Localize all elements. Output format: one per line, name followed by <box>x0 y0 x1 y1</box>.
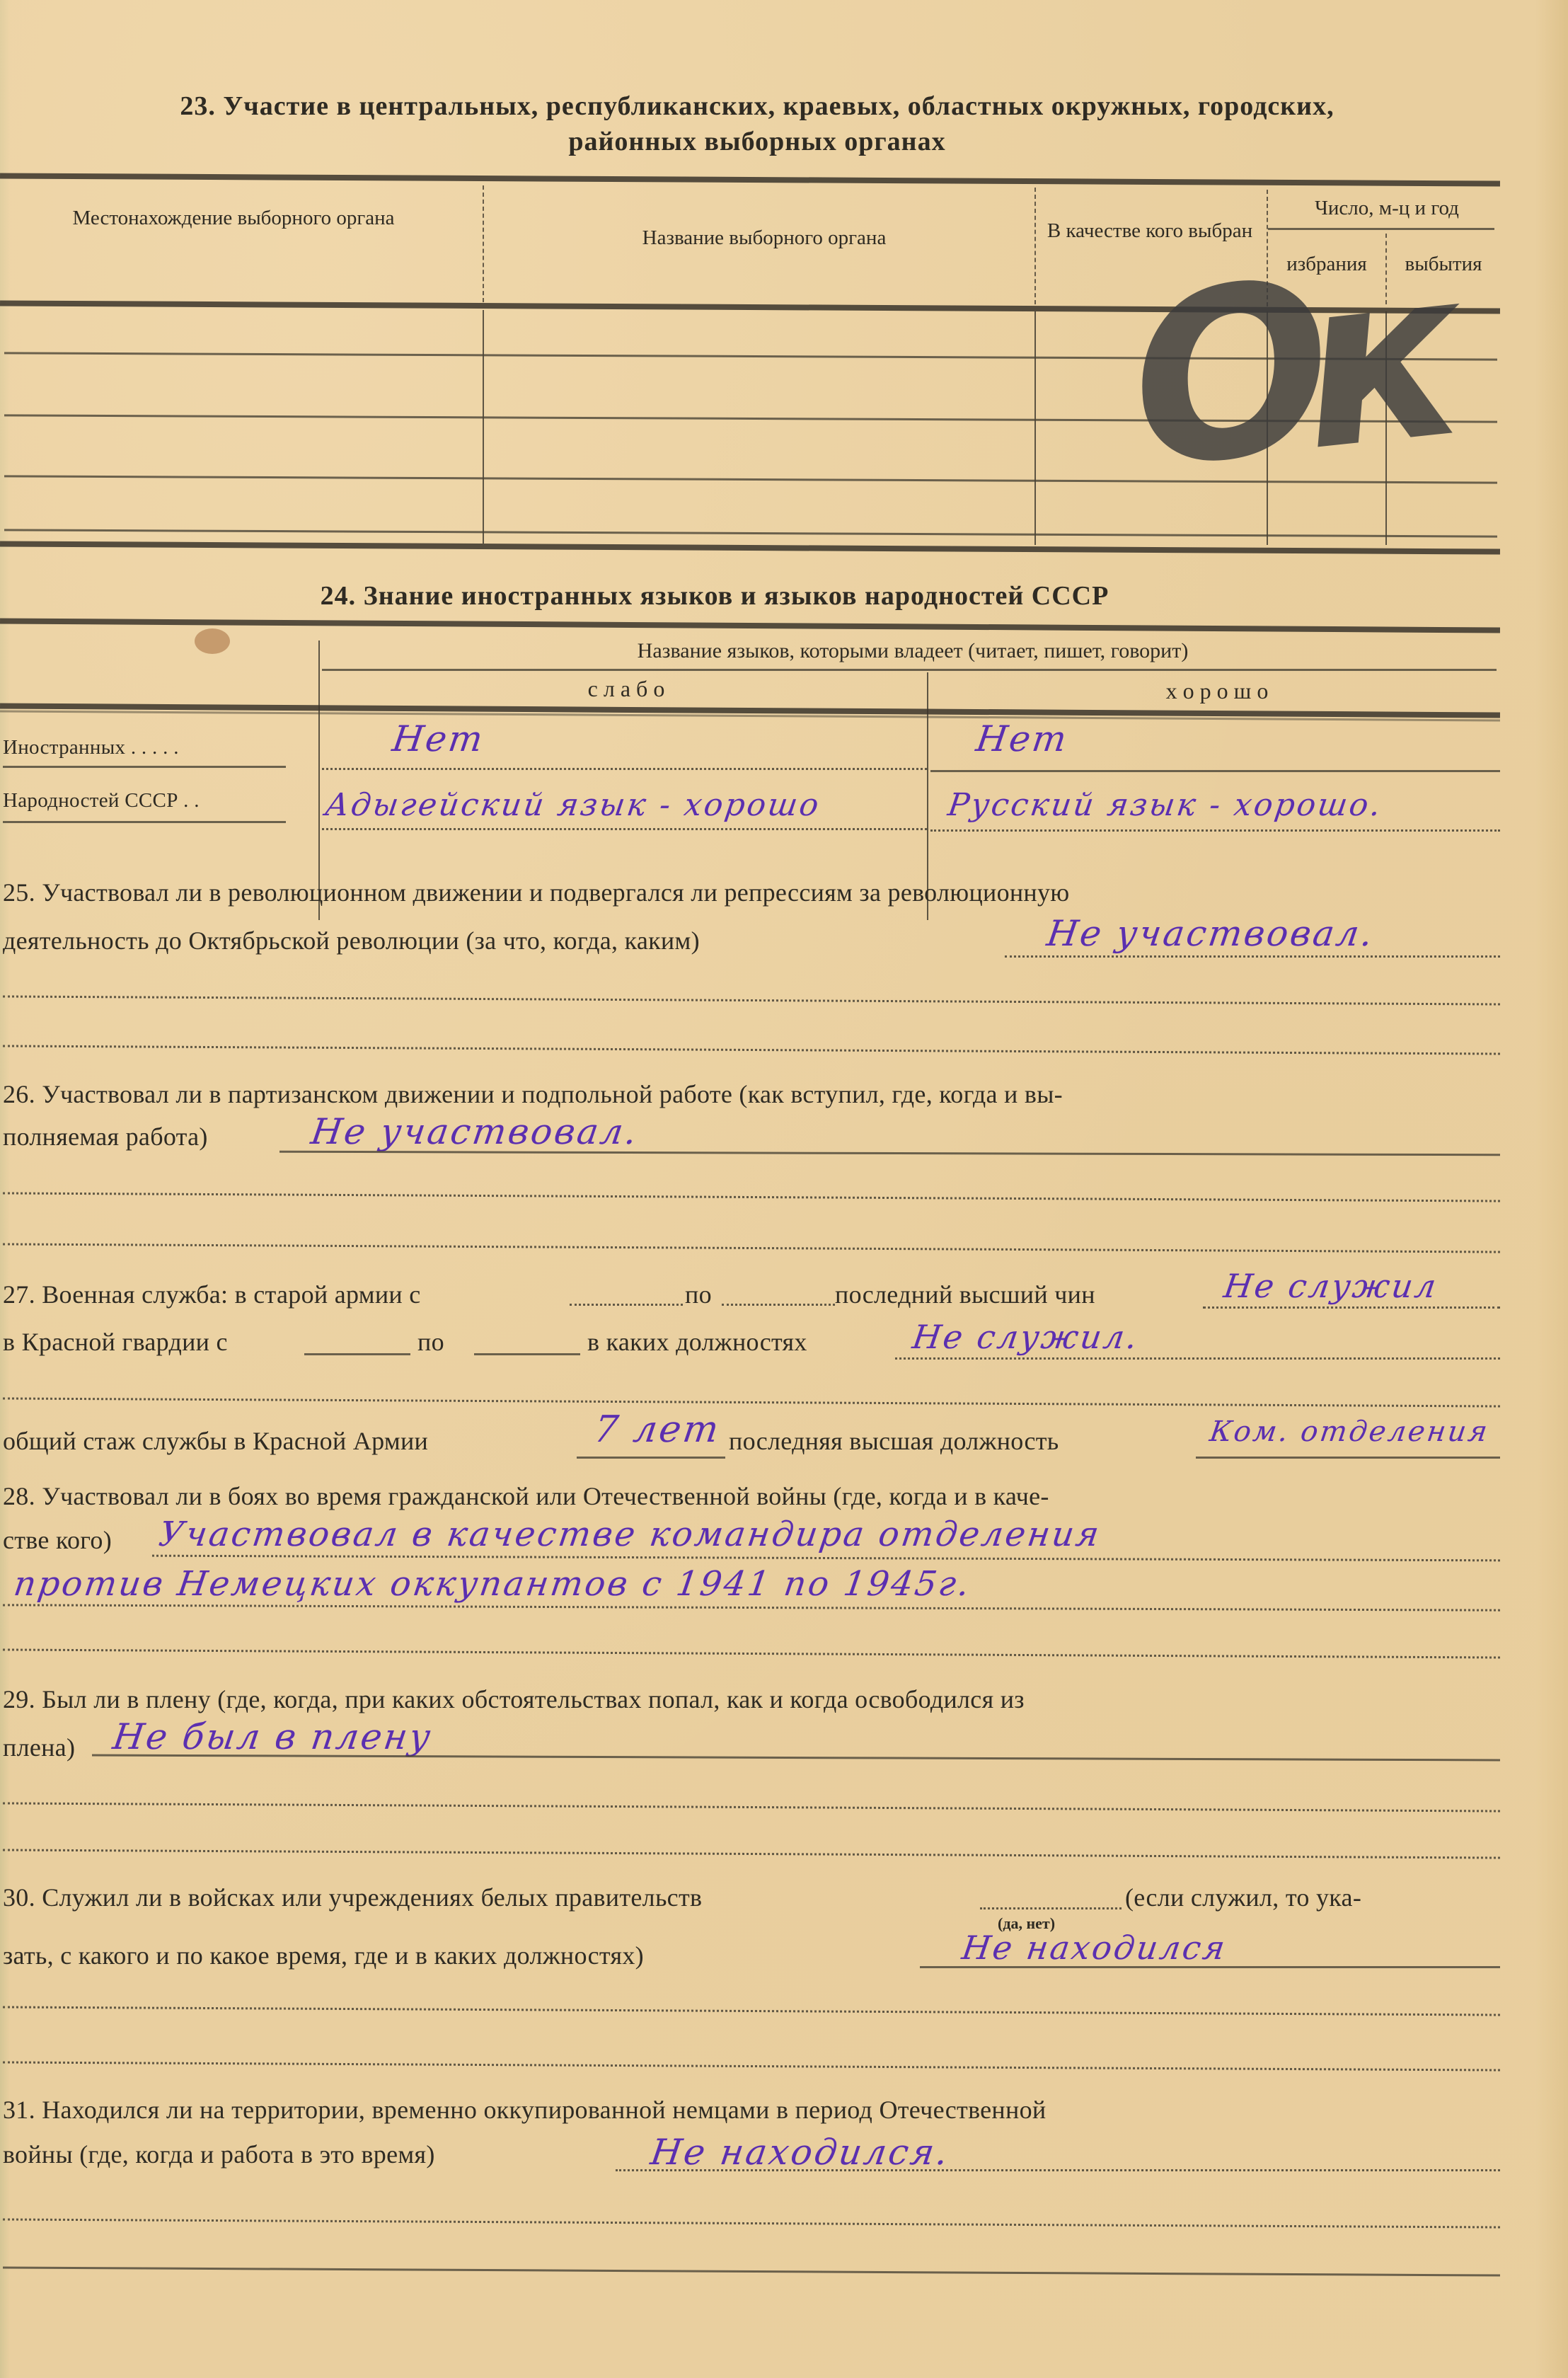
table-23-row-4[interactable] <box>4 529 1497 537</box>
ussr-weak-rule <box>322 828 927 830</box>
q29-line2: плена) <box>3 1733 75 1762</box>
q27-red-guard-to[interactable] <box>474 1353 580 1355</box>
languages-header: Название языков, которыми владеет (читае… <box>325 638 1500 664</box>
ussr-weak-value[interactable]: Адыгейский язык - хорошо <box>323 787 823 823</box>
body-divider-2 <box>1034 311 1036 545</box>
q31-fill-rule-1 <box>3 2218 1500 2228</box>
paper-stain <box>195 628 230 654</box>
row-ussr-label: Народностей СССР . . <box>3 789 200 812</box>
q31-answer[interactable]: Не находился. <box>648 2132 952 2173</box>
q26-answer[interactable]: Не участвовал. <box>309 1111 641 1152</box>
q29-line1: 29. Был ли в плену (где, когда, при каки… <box>3 1684 1025 1714</box>
q29-answer[interactable]: Не был в плену <box>110 1716 435 1757</box>
q30-answer-rule <box>920 1966 1500 1968</box>
q28-answer-rule-1 <box>152 1555 1500 1562</box>
q26-answer-rule <box>279 1151 1500 1156</box>
q31-fill-rule-2 <box>3 2266 1500 2276</box>
header-date-group: Число, м-ц и год <box>1274 195 1500 221</box>
row-foreign-label: Иностранных . . . . . <box>3 736 179 759</box>
q28-fill-rule <box>3 1648 1500 1658</box>
q30-line2: зать, с какого и по какое время, где и в… <box>3 1941 644 1970</box>
table-24-top-rule <box>0 619 1500 633</box>
row-ussr-label-rule <box>3 821 286 823</box>
q27-fill-rule <box>3 1397 1500 1407</box>
q28-answer-line2[interactable]: против Немецких оккупантов с 1941 по 194… <box>11 1564 974 1604</box>
q27-answer-position[interactable]: Ком. отделения <box>1208 1415 1492 1448</box>
q29-fill-rule-1 <box>3 1802 1500 1812</box>
q28-answer-rule-2 <box>3 1604 1500 1611</box>
q27-old-army-to[interactable] <box>722 1304 835 1306</box>
q27-line1-c: последний высший чин <box>835 1280 1095 1309</box>
q31-line2: войны (где, когда и работа в это время) <box>3 2139 435 2169</box>
header-good: х о р о ш о <box>934 678 1500 703</box>
q31-answer-rule <box>616 2169 1500 2171</box>
q30-fill-rule-1 <box>3 2006 1500 2016</box>
ussr-good-value[interactable]: Русский язык - хорошо. <box>945 787 1385 823</box>
q27-line2-b: по <box>417 1327 444 1357</box>
q27-answer-rank[interactable]: Не служил <box>1221 1267 1440 1305</box>
q25-answer[interactable]: Не участвовал. <box>1044 913 1377 954</box>
q28-line1: 28. Участвовал ли в боях во время гражда… <box>3 1481 1049 1511</box>
q27-old-army-from[interactable] <box>570 1304 683 1306</box>
q30-yes-no-field[interactable] <box>980 1907 1122 1909</box>
q27-line1-b: по <box>685 1280 712 1309</box>
q25-line2: деятельность до Октябрьской революции (з… <box>3 926 700 955</box>
q30-line1-b: (если служил, то ука- <box>1125 1883 1361 1912</box>
q28-line2: стве кого) <box>3 1525 112 1555</box>
q27-answer-positions[interactable]: Не служил. <box>910 1318 1141 1356</box>
col-divider-2 <box>1034 188 1036 304</box>
q27-line3-b: последняя высшая должность <box>729 1426 1059 1456</box>
header-name: Название выборного органа <box>509 225 1019 251</box>
q27-answer-years[interactable]: 7 лет <box>592 1408 723 1451</box>
q27-positions-rule <box>895 1357 1500 1360</box>
q27-red-guard-from[interactable] <box>304 1353 410 1355</box>
q26-line2: полняемая работа) <box>3 1122 208 1151</box>
table-23-bottom-rule <box>0 541 1500 554</box>
q25-answer-rule <box>1005 955 1500 958</box>
q31-line1: 31. Находился ли на территории, временно… <box>3 2095 1046 2125</box>
q30-line1-a: 30. Служил ли в войсках или учреждениях … <box>3 1883 702 1912</box>
section-23-title: 23. Участие в центральных, республиканск… <box>21 91 1493 157</box>
header-location: Местонахождение выборного органа <box>42 205 425 231</box>
q30-answer[interactable]: Не находился <box>959 1929 1229 1967</box>
ussr-good-rule <box>930 829 1500 832</box>
foreign-weak-rule <box>322 768 927 770</box>
foreign-good-rule <box>930 770 1500 772</box>
q26-line1: 26. Участвовал ли в партизанском движени… <box>3 1079 1063 1109</box>
q26-fill-rule-2 <box>3 1243 1500 1253</box>
section-23-title-line2: районных выборных органах <box>21 126 1493 157</box>
foreign-good-value[interactable]: Нет <box>974 718 1071 759</box>
q29-answer-rule <box>92 1754 1500 1762</box>
q27-rank-rule <box>1203 1306 1500 1309</box>
q27-position-rule <box>1196 1457 1500 1459</box>
q25-line1: 25. Участвовал ли в революционном движен… <box>3 878 1070 907</box>
q29-fill-rule-2 <box>3 1849 1500 1859</box>
q25-fill-rule-1 <box>3 995 1500 1005</box>
pencil-signature-mark: Ок <box>1119 219 1446 520</box>
languages-header-rule <box>322 669 1497 671</box>
q27-line2-a: в Красной гвардии с <box>3 1327 228 1357</box>
q27-years-rule <box>577 1457 725 1459</box>
q30-fill-rule-2 <box>3 2061 1500 2071</box>
foreign-weak-value[interactable]: Нет <box>390 718 488 759</box>
q27-line1-a: 27. Военная служба: в старой армии с <box>3 1280 421 1309</box>
row-foreign-label-rule <box>3 766 286 768</box>
q28-answer-line1[interactable]: Участвовал в качестве командира отделени… <box>156 1515 1103 1554</box>
q27-line3-a: общий стаж службы в Красной Армии <box>3 1426 428 1456</box>
q25-fill-rule-2 <box>3 1045 1500 1055</box>
q26-fill-rule-1 <box>3 1192 1500 1202</box>
section-23-title-line1: 23. Участие в центральных, республиканск… <box>21 91 1493 122</box>
q27-line2-c: в каких должностях <box>587 1327 807 1357</box>
body-divider-1 <box>483 310 484 544</box>
table-23-top-rule <box>0 173 1500 186</box>
section-24-title: 24. Знание иностранных языков и языков н… <box>142 580 1288 611</box>
col-divider-1 <box>483 185 484 302</box>
header-weak: с л а б о <box>325 676 927 701</box>
